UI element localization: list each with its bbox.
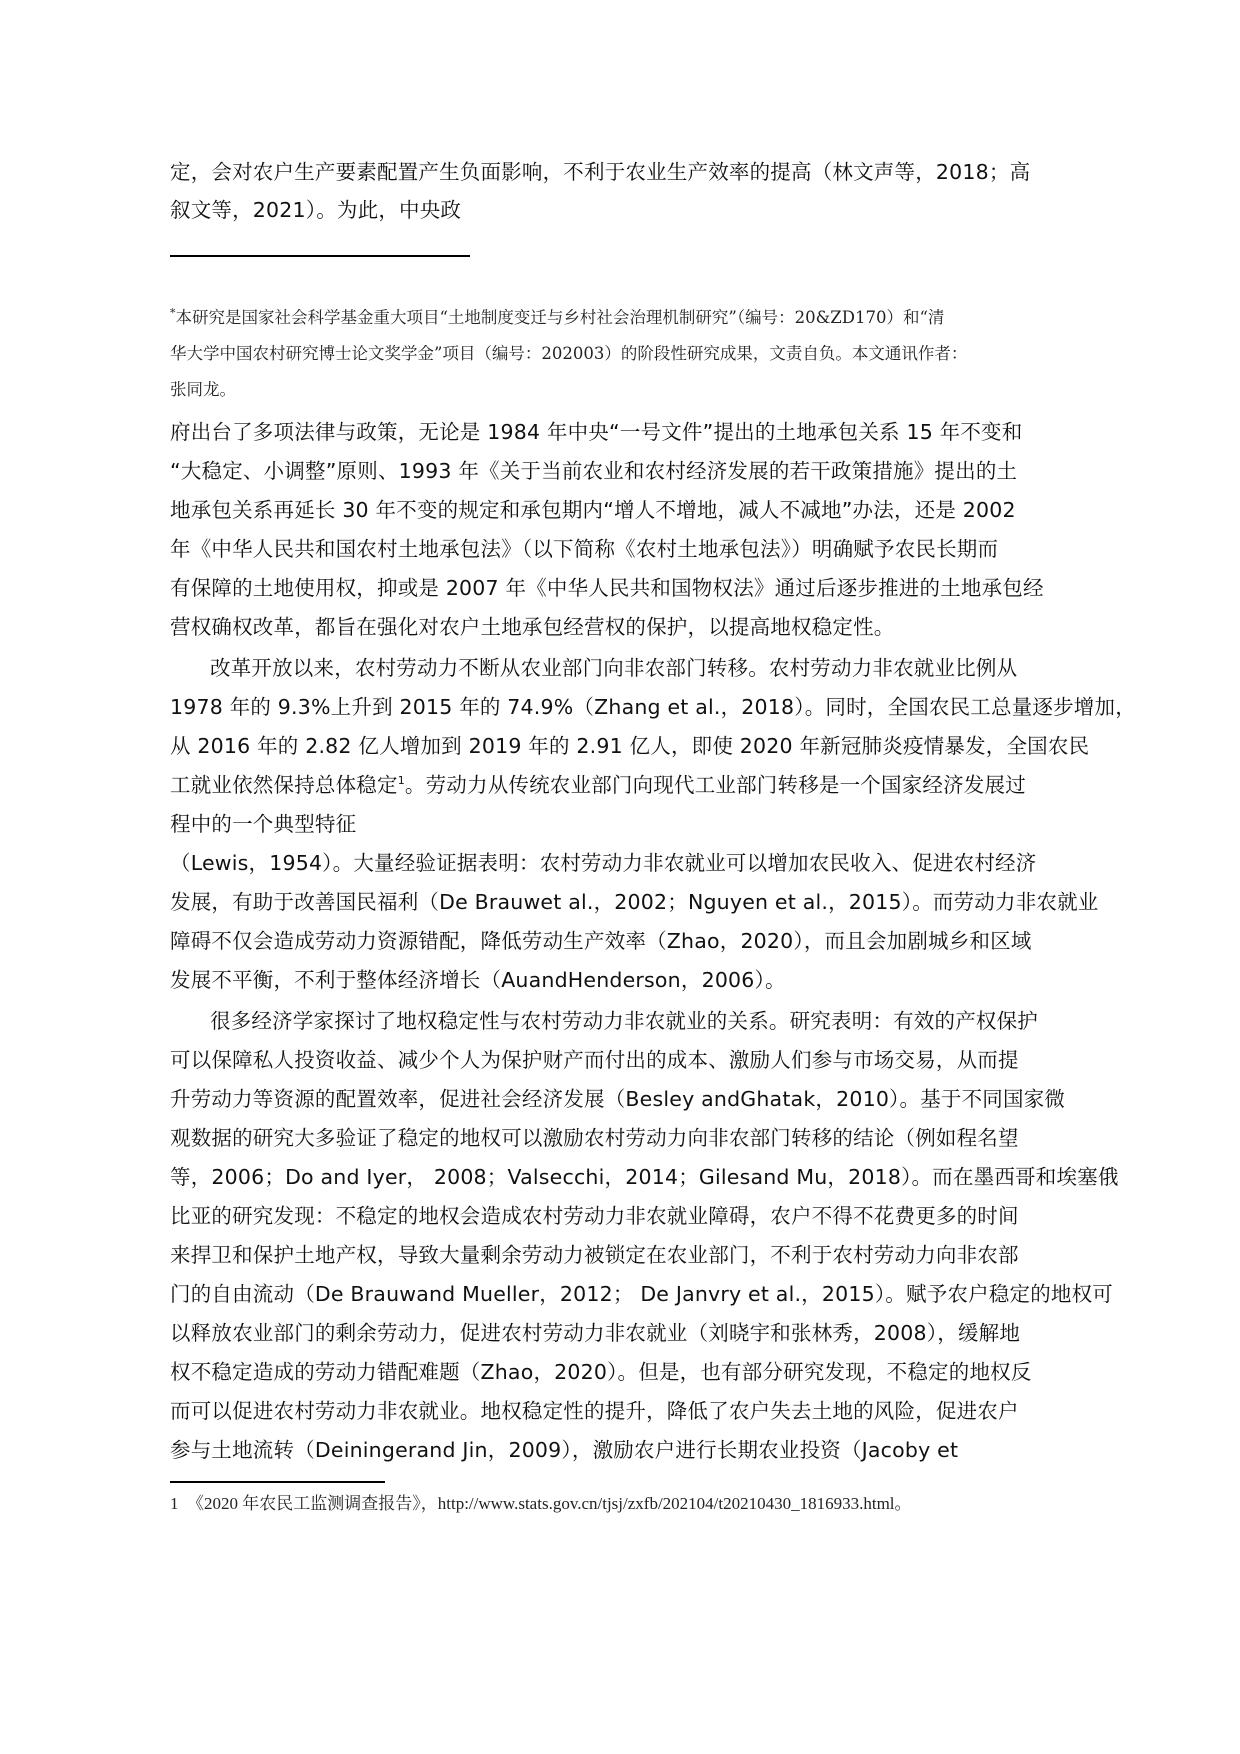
body-text-line: 定，会对农户生产要素配置产生负面影响，不利于农业生产效率的提高（林文声等，201…	[170, 160, 1030, 184]
body-text-line: 而可以促进农村劳动力非农就业。地权稳定性的提升，降低了农户失去土地的风险，促进农…	[170, 1399, 1019, 1423]
funding-footnote-line: *本研究是国家社会科学基金重大项目“土地制度变迁与乡村社会治理机制研究”（编号：…	[170, 308, 944, 328]
body-text-line: （Lewis，1954）。大量经验证据表明：农村劳动力非农就业可以增加农民收入、…	[170, 851, 1036, 875]
body-text-line: 叙文等，2021）。为此，中央政	[170, 198, 461, 222]
body-text-line: “大稳定、小调整”原则、1993 年《关于当前农业和农村经济发展的若干政策措施》…	[170, 459, 1017, 483]
body-text-line: 很多经济学家探讨了地权稳定性与农村劳动力非农就业的关系。研究表明：有效的产权保护	[210, 1009, 1038, 1033]
body-text-line: 观数据的研究大多验证了稳定的地权可以激励农村劳动力向非农部门转移的结论（例如程名…	[170, 1126, 1019, 1150]
body-text-line: 比亚的研究发现：不稳定的地权会造成农村劳动力非农就业障碍，农户不得不花费更多的时…	[170, 1204, 1019, 1228]
body-text-line: 府出台了多项法律与政策，无论是 1984 年中央“一号文件”提出的土地承包关系 …	[170, 420, 1022, 444]
footnote-separator	[170, 255, 470, 257]
body-text-line: 年《中华人民共和国农村土地承包法》（以下简称《农村土地承包法》）明确赋予农民长期…	[170, 537, 998, 561]
body-text-line: 地承包关系再延长 30 年不变的规定和承包期内“增人不增地，减人不减地”办法，还…	[170, 498, 1016, 522]
footnote-text[interactable]: 《2020 年农民工监测调查报告》，http://www.stats.gov.c…	[187, 1494, 912, 1513]
body-text-line: 升劳动力等资源的配置效率，促进社会经济发展（Besley andGhatak，2…	[170, 1087, 1065, 1111]
text-segment: 工就业依然保持总体稳定	[170, 773, 398, 797]
body-text-line: 营权确权改革，都旨在强化对农户土地承包经营权的保护，以提高地权稳定性。	[170, 615, 895, 639]
funding-footnote-line: 张同龙。	[170, 380, 236, 400]
page-footnote: 1 《2020 年农民工监测调查报告》，http://www.stats.gov…	[170, 1494, 912, 1514]
footnote-ref-marker[interactable]: 1	[398, 774, 405, 787]
body-text-line: 参与土地流转（Deiningerand Jin，2009），激励农户进行长期农业…	[170, 1438, 958, 1462]
footnote-text: 本研究是国家社会科学基金重大项目“土地制度变迁与乡村社会治理机制研究”（编号：2…	[176, 308, 945, 327]
body-text-line: 从 2016 年的 2.82 亿人增加到 2019 年的 2.91 亿人，即使 …	[170, 734, 1089, 758]
body-text-line: 程中的一个典型特征	[170, 812, 356, 836]
body-text-line: 发展不平衡，不利于整体经济增长（AuandHenderson，2006）。	[170, 968, 786, 992]
document-page: 定，会对农户生产要素配置产生负面影响，不利于农业生产效率的提高（林文声等，201…	[0, 0, 1240, 1754]
footnote-number: 1	[170, 1494, 179, 1513]
body-text-line: 来捍卫和保护土地产权，导致大量剩余劳动力被锁定在农业部门，不利于农村劳动力向非农…	[170, 1243, 1019, 1267]
body-text-line: 发展，有助于改善国民福利（De Brauwet al.，2002；Nguyen …	[170, 890, 1099, 914]
body-text-line: 障碍不仅会造成劳动力资源错配，降低劳动生产效率（Zhao，2020），而且会加剧…	[170, 929, 1032, 953]
body-text-line: 等，2006；Do and Iyer， 2008；Valsecchi，2014；…	[170, 1165, 1119, 1189]
body-text-line: 工就业依然保持总体稳定1。劳动力从传统农业部门向现代工业部门转移是一个国家经济发…	[170, 773, 1026, 797]
body-text-line: 有保障的土地使用权，抑或是 2007 年《中华人民共和国物权法》通过后逐步推进的…	[170, 576, 1044, 600]
body-text-line: 门的自由流动（De Brauwand Mueller，2012； De Janv…	[170, 1282, 1113, 1306]
body-text-line: 改革开放以来，农村劳动力不断从农业部门向非农部门转移。农村劳动力非农就业比例从	[210, 656, 1017, 680]
body-text-line: 以释放农业部门的剩余劳动力，促进农村劳动力非农就业（刘晓宇和张林秀，2008），…	[170, 1321, 1020, 1345]
body-text-line: 1978 年的 9.3%上升到 2015 年的 74.9%（Zhang et a…	[170, 695, 1136, 719]
body-text-line: 权不稳定造成的劳动力错配难题（Zhao，2020）。但是，也有部分研究发现，不稳…	[170, 1360, 1032, 1384]
text-segment: 。劳动力从传统农业部门向现代工业部门转移是一个国家经济发展过	[405, 773, 1026, 797]
body-text-line: 可以保障私人投资收益、减少个人为保护财产而付出的成本、激励人们参与市场交易，从而…	[170, 1048, 1019, 1072]
funding-footnote-line: 华大学中国农村研究博士论文奖学金”项目（编号：202003）的阶段性研究成果，文…	[170, 344, 967, 364]
footnote-separator	[170, 1481, 385, 1483]
